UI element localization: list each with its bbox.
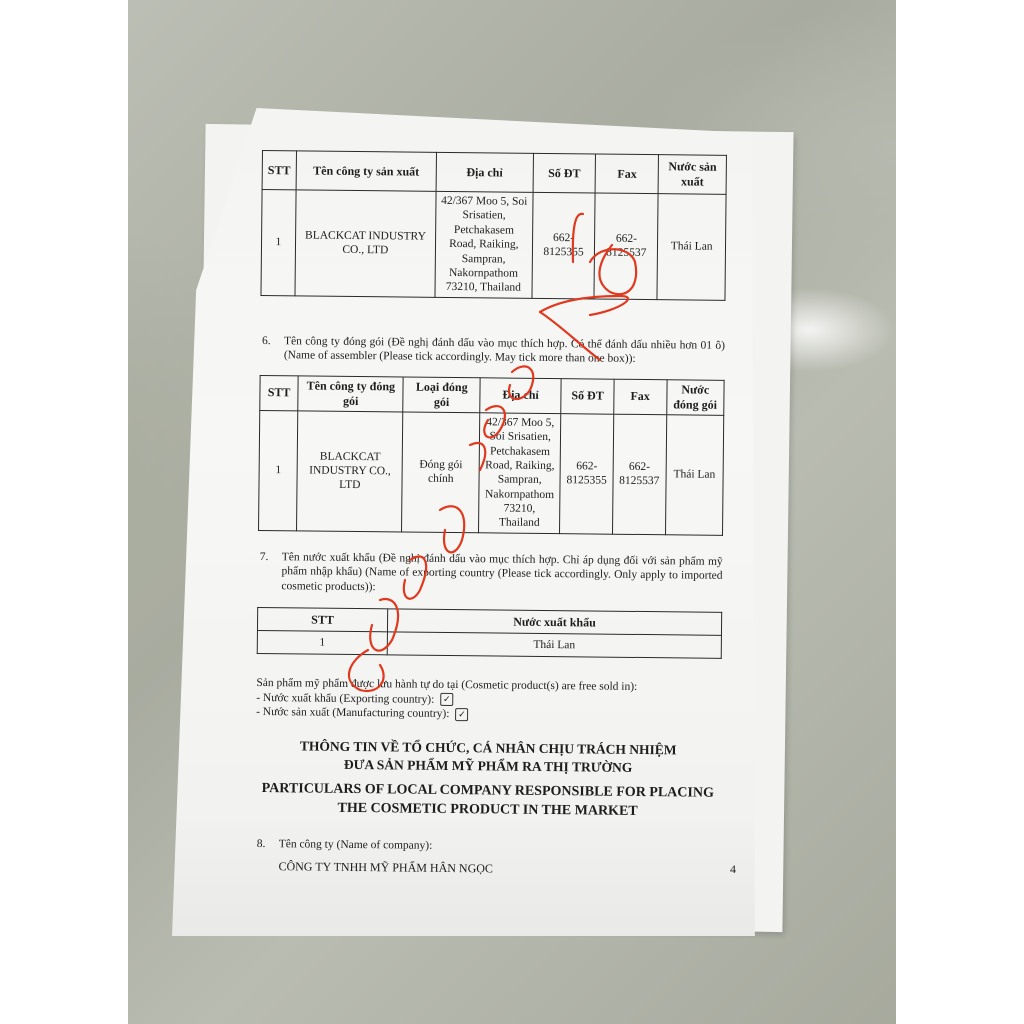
col-phone: Số ĐT bbox=[561, 378, 614, 414]
section-6: 6. Tên công ty đóng gói (Đề nghị đánh dấ… bbox=[258, 326, 725, 536]
col-package-type: Loại đóng gói bbox=[403, 377, 480, 413]
section-8-label-block: 8. Tên công ty (Name of company): bbox=[255, 837, 720, 856]
cell-export-country: Thái Lan bbox=[387, 632, 721, 658]
manufacturer-table: STT Tên công ty sản xuất Địa chỉ Số ĐT F… bbox=[260, 150, 726, 300]
check-icon: ✓ bbox=[458, 710, 466, 719]
heading-english: PARTICULARS OF LOCAL COMPANY RESPONSIBLE… bbox=[255, 780, 720, 821]
free-sold-block: Sản phẩm mỹ phẩm được lưu hành tự do tại… bbox=[256, 676, 721, 724]
image-frame-left bbox=[0, 0, 128, 1024]
page-number: 4 bbox=[730, 862, 736, 877]
cell-address: 42/367 Moo 5, Soi Srisatien, Petchakasem… bbox=[435, 191, 533, 298]
manufacturing-country-checkbox[interactable]: ✓ bbox=[455, 708, 468, 721]
table-row: 1 Thái Lan bbox=[257, 631, 721, 659]
assembler-table: STT Tên công ty đóng gói Loại đóng gói Đ… bbox=[258, 375, 725, 536]
col-fax: Fax bbox=[596, 154, 659, 194]
section-text: Tên công ty đóng gói (Đề nghị đánh dấu v… bbox=[284, 335, 725, 365]
table-row: 1 BLACKCAT INDUSTRY CO., LTD Đóng gói ch… bbox=[259, 410, 724, 535]
section-7-text-block: 7. Tên nước xuất khẩu (Đề nghị đánh dấu … bbox=[257, 550, 722, 598]
option-label: - Nước sản xuất (Manufacturing country): bbox=[256, 705, 450, 721]
cell-phone: 662-8125355 bbox=[532, 192, 596, 298]
section-8: 8. Tên công ty (Name of company): CÔNG T… bbox=[254, 837, 719, 879]
cell-stt: 1 bbox=[259, 410, 299, 530]
cell-company-name: BLACKCAT INDUSTRY CO., LTD bbox=[297, 411, 403, 532]
cell-package-type: Đóng gói chính bbox=[402, 412, 480, 533]
col-stt: STT bbox=[260, 375, 299, 410]
cell-address: 42/367 Moo 5, Soi Srisatien, Petchakasem… bbox=[479, 413, 562, 534]
col-fax: Fax bbox=[614, 379, 667, 415]
col-phone: Số ĐT bbox=[533, 153, 596, 193]
col-company-name: Tên công ty đóng gói bbox=[298, 376, 404, 412]
col-address: Địa chỉ bbox=[480, 378, 562, 414]
cell-stt: 1 bbox=[257, 631, 387, 655]
col-country: Nước sản xuất bbox=[658, 155, 726, 195]
table-header-row: STT Tên công ty sản xuất Địa chỉ Số ĐT F… bbox=[262, 151, 726, 195]
cell-phone: 662-8125355 bbox=[560, 413, 614, 534]
section-6-text-block: 6. Tên công ty đóng gói (Đề nghị đánh dấ… bbox=[260, 334, 725, 368]
section-number: 7. bbox=[260, 550, 269, 564]
cell-fax: 662-8125537 bbox=[594, 193, 658, 299]
document-content: STT Tên công ty sản xuất Địa chỉ Số ĐT F… bbox=[260, 150, 726, 300]
company-name-label: Tên công ty (Name of company): bbox=[279, 838, 433, 852]
check-icon: ✓ bbox=[443, 695, 451, 704]
exporting-country-checkbox[interactable]: ✓ bbox=[440, 693, 453, 706]
col-company-name: Tên công ty sản xuất bbox=[296, 151, 437, 191]
section-number: 6. bbox=[262, 334, 271, 348]
cell-country: Thái Lan bbox=[657, 194, 726, 300]
heading-vietnamese: THÔNG TIN VỀ TỔ CHỨC, CÁ NHÂN CHỊU TRÁCH… bbox=[255, 737, 720, 777]
export-country-table: STT Nước xuất khẩu 1 Thái Lan bbox=[257, 607, 722, 659]
section-number: 8. bbox=[257, 837, 266, 851]
cell-fax: 662-8125537 bbox=[612, 414, 666, 535]
col-export-country: Nước xuất khẩu bbox=[387, 609, 721, 635]
cell-company-name: BLACKCAT INDUSTRY CO., LTD bbox=[295, 190, 436, 297]
col-stt: STT bbox=[262, 151, 296, 190]
col-stt: STT bbox=[257, 608, 387, 632]
col-address: Địa chỉ bbox=[436, 152, 533, 192]
section-text: Tên nước xuất khẩu (Đề nghị đánh dấu vào… bbox=[281, 551, 722, 593]
cell-country: Thái Lan bbox=[665, 414, 724, 535]
section-7: 7. Tên nước xuất khẩu (Đề nghị đánh dấu … bbox=[254, 542, 722, 879]
table-row: 1 BLACKCAT INDUSTRY CO., LTD 42/367 Moo … bbox=[261, 190, 726, 300]
table-header-row: STT Tên công ty đóng gói Loại đóng gói Đ… bbox=[260, 375, 724, 415]
image-frame-right bbox=[896, 0, 1024, 1024]
col-country: Nước đóng gói bbox=[666, 380, 724, 416]
cell-stt: 1 bbox=[261, 190, 296, 296]
